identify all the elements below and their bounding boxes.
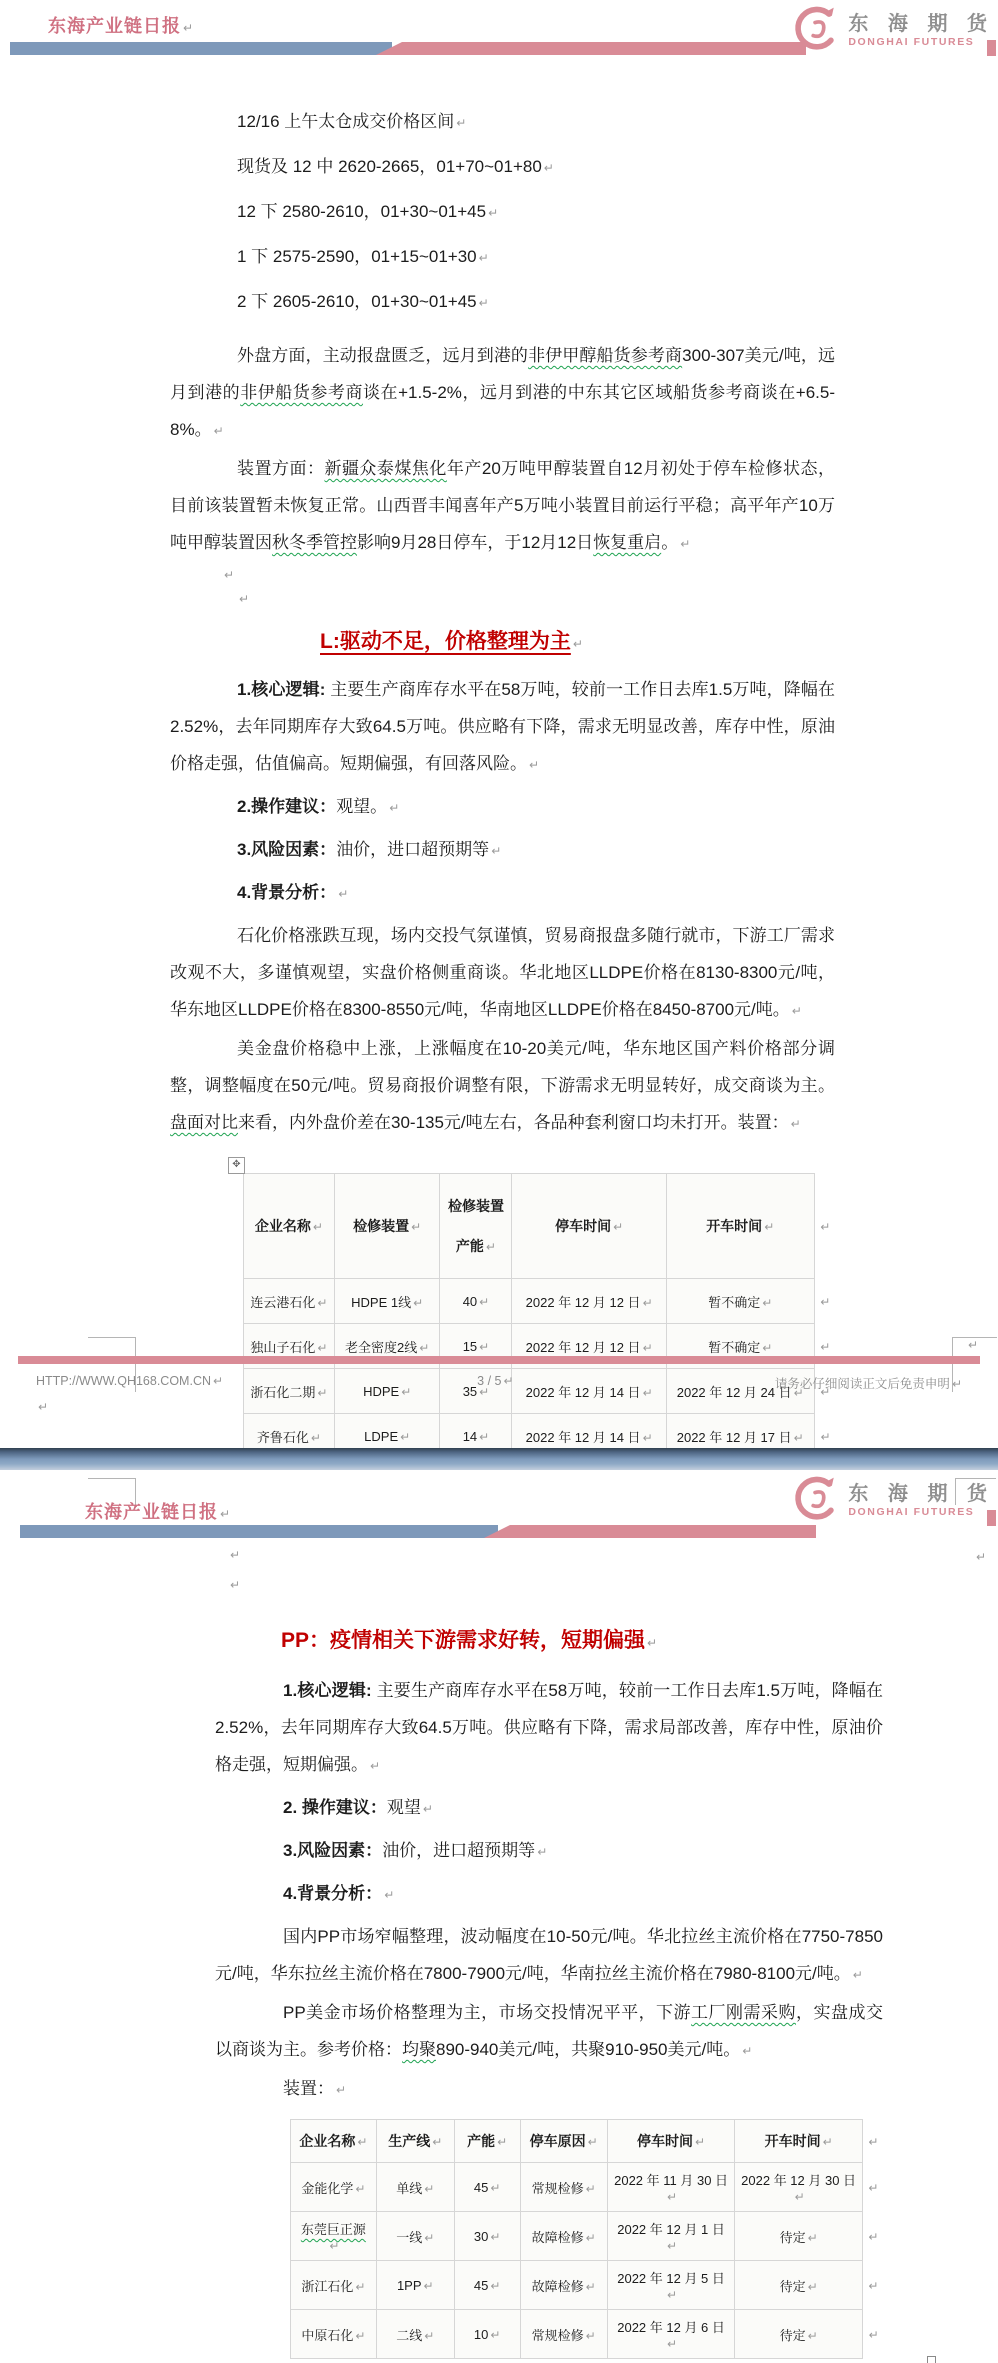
table-resize-handle[interactable] [927, 2356, 936, 2363]
paragraph-mark-icon: ↵ [490, 2230, 500, 2244]
cell-text: 45 [474, 2278, 488, 2293]
paragraph-mark-icon: ↵ [355, 2280, 365, 2294]
paragraph-mark-icon: ↵ [329, 2239, 339, 2253]
paragraph-mark-icon: ↵ [794, 1431, 804, 1445]
table-row: 连云港石化↵HDPE 1线↵40↵2022 年 12 月 12 日↵暂不确定↵↵ [244, 1279, 835, 1324]
paragraph-background: 4.背景分析：↵ [215, 1875, 883, 1914]
paragraph-mark-icon: ↵ [586, 2329, 596, 2343]
table-cell: 暂不确定↵ [666, 1279, 814, 1324]
table-cell: 单线↵ [376, 2163, 454, 2212]
text-segment: 观望 [387, 1798, 421, 1817]
cell-text: 2022 年 11 月 30 日 [614, 2173, 728, 2188]
cell-text: 停车时间 [637, 2133, 693, 2149]
paragraph-mark-icon: ↵ [823, 2135, 833, 2149]
paragraph-mark-icon: ↵ [762, 1296, 772, 1310]
cell-text: 故障检修 [532, 2230, 584, 2245]
text-segment: 装置： [283, 2079, 334, 2098]
document-viewport: 东海产业链日报↵ 东 海 期 货 DONGHAI FUTURES 12/16 上… [0, 0, 998, 2363]
cell-text: 二线 [396, 2328, 422, 2343]
paragraph-mark-icon: ↵ [667, 2190, 677, 2204]
dragon-logo-icon [788, 2, 844, 58]
cell-text: 一线 [396, 2230, 422, 2245]
page-footer: ↵ HTTP://WWW.QH168.COM.CN↵ 3 / 5↵ 请务必仔细阅… [0, 1356, 998, 1392]
paragraph-mark-icon: ↵ [537, 1845, 547, 1859]
table-row: 浙江石化↵1PP↵45↵故障检修↵2022 年 12 月 5 日↵待定↵↵ [291, 2261, 883, 2310]
cell-text: 开车时间 [765, 2133, 821, 2149]
table-cell: 待定↵ [735, 2261, 863, 2310]
paragraph-mark-icon: ↵ [224, 568, 234, 582]
paragraph-mark-icon: ↵ [317, 1341, 327, 1355]
text-segment: 1.核心逻辑: [283, 1681, 372, 1700]
paragraph-mark-icon: ↵ [808, 2231, 818, 2245]
paragraph-mark-icon: ↵ [384, 1888, 394, 1902]
cell-text: 东莞巨正源 [301, 2222, 366, 2237]
page4-text-column: ↵ ↵ PP：疫情相关下游需求好转，短期偏强↵ 1.核心逻辑: 主要生产商库存水… [215, 1540, 883, 2359]
paragraph-core-logic: 1.核心逻辑: 主要生产商库存水平在58万吨，较前一工作日去库1.5万吨，降幅在… [170, 671, 835, 784]
text-segment: 影响9月28日停车，于12月12日 [357, 533, 593, 552]
price-line: 2 下 2605-2610，01+30~01+45↵ [170, 280, 835, 325]
paragraph-mark-icon: ↵ [667, 2288, 677, 2302]
column-header-cell: 开车时间↵ [735, 2120, 863, 2163]
table-cell: 10↵ [454, 2310, 520, 2359]
cell-text: 金能化学 [301, 2181, 353, 2196]
table-cell: 待定↵ [735, 2310, 863, 2359]
header-bar-pink [484, 1525, 816, 1538]
paragraph-mark-icon: ↵ [488, 206, 498, 220]
cell-text: 2022 年 12 月 1 日 [617, 2222, 725, 2237]
page-number-text: 3 / 5 [477, 1374, 501, 1388]
pp-maintenance-table: 企业名称↵生产线↵产能↵停车原因↵停车时间↵开车时间↵↵金能化学↵单线↵45↵常… [290, 2119, 883, 2359]
row-end-mark: ↵ [862, 2310, 882, 2359]
text-segment: 观望。 [336, 797, 387, 816]
paragraph-mark-icon: ↵ [667, 2337, 677, 2351]
table-cell: 金能化学↵ [291, 2163, 377, 2212]
column-header-cell: 检修装置↵ [334, 1174, 440, 1279]
text-segment: 均聚 [402, 2040, 436, 2059]
column-header-cell: 企业名称↵ [244, 1174, 335, 1279]
cell-text: 连云港石化 [250, 1295, 315, 1310]
paragraph-mark-icon: ↵ [791, 1117, 801, 1131]
paragraph-mark-icon: ↵ [411, 1220, 421, 1234]
row-end-mark: ↵ [814, 1279, 834, 1324]
price-line-text: 12 下 2580-2610，01+30~01+45 [237, 202, 486, 221]
text-segment: 工厂刚需采购 [691, 2003, 796, 2022]
paragraph-mark-icon: ↵ [762, 1341, 772, 1355]
table-cell: 2022 年 12 月 5 日↵ [607, 2261, 735, 2310]
paragraph-mark-icon: ↵ [357, 2135, 367, 2149]
paragraph-mark-icon: ↵ [424, 2182, 434, 2196]
table-cell: 故障检修↵ [520, 2261, 607, 2310]
text-segment: 来看，内外盘价差在30-135元/吨左右，各品种套利窗口均未打开。装置： [238, 1113, 789, 1132]
paragraph-mark-icon: ↵ [529, 758, 539, 772]
paragraph-mark-icon: ↵ [643, 1431, 653, 1445]
text-segment: 4.背景分析： [283, 1884, 382, 1903]
paragraph-device-label: 装置：↵ [215, 2070, 883, 2109]
paragraph-mark-icon: ↵ [497, 2135, 507, 2149]
logo-cn-text: 东 海 期 货 [848, 1482, 994, 1506]
paragraph-risk: 3.风险因素：油价，进口超预期等↵ [170, 831, 835, 870]
cell-text: 检修装置 [353, 1218, 409, 1234]
paragraph-mark-icon: ↵ [647, 1636, 657, 1650]
page-header: 东海产业链日报↵ 东 海 期 货 DONGHAI FUTURES [0, 0, 998, 56]
text-segment: 3.风险因素： [283, 1841, 382, 1860]
cell-text: 暂不确定 [708, 1295, 760, 1310]
paragraph-advice: 2.操作建议：观望。↵ [170, 788, 835, 827]
cell-text: 单线 [396, 2181, 422, 2196]
paragraph-risk: 3.风险因素：油价，进口超预期等↵ [215, 1832, 883, 1871]
paragraph-mark-icon: ↵ [952, 1377, 962, 1391]
paragraph-pp-prices: 国内PP市场窄幅整理，波动幅度在10-50元/吨。华北拉丝主流价格在7750-7… [215, 1918, 883, 1994]
row-end-mark: ↵ [814, 1174, 834, 1279]
paragraph-mark-icon: ↵ [239, 592, 249, 606]
cell-text: 10 [474, 2327, 488, 2342]
text-segment: 1.核心逻辑: [237, 680, 325, 699]
paragraph-mark-icon: ↵ [586, 2231, 596, 2245]
header-bar-blue [10, 42, 392, 55]
cell-text: 故障检修 [532, 2279, 584, 2294]
cell-text: 中原石化 [301, 2328, 353, 2343]
paragraph-mark-icon: ↵ [573, 637, 583, 651]
paragraph-mark-icon: ↵ [667, 2239, 677, 2253]
paragraph-mark-icon: ↵ [586, 2182, 596, 2196]
paragraph-mark-icon: ↵ [808, 2280, 818, 2294]
table-cell: 故障检修↵ [520, 2212, 607, 2261]
paragraph-mark-icon: ↵ [479, 1430, 489, 1444]
cell-text: 常规检修 [532, 2181, 584, 2196]
row-end-mark: ↵ [862, 2120, 882, 2163]
table-cell: 2022 年 12 月 12 日↵ [512, 1279, 666, 1324]
table-cell: 常规检修↵ [520, 2310, 607, 2359]
cell-text: 2022 年 12 月 6 日 [617, 2320, 725, 2335]
cell-text: 开车时间 [706, 1218, 762, 1234]
cell-text: 老全密度2线 [345, 1340, 417, 1355]
page3-text-column: 12/16 上午太仓成交价格区间↵ 现货及 12 中 2620-2665，01+… [170, 100, 835, 1459]
column-header-cell: 开车时间↵ [666, 1174, 814, 1279]
table-cell: 连云港石化↵ [244, 1279, 335, 1324]
empty-line: ↵ [222, 563, 835, 587]
paragraph-mark-icon: ↵ [613, 1220, 623, 1234]
footer-url-text: HTTP://WWW.QH168.COM.CN [36, 1374, 211, 1388]
paragraph-mark-icon: ↵ [868, 2230, 878, 2244]
text-segment: PP美金市场价格整理为主，市场交投情况平平，下游 [283, 2003, 691, 2022]
paragraph-mark-icon: ↵ [680, 537, 690, 551]
cell-text: 暂不确定 [708, 1340, 760, 1355]
paragraph-mark-icon: ↵ [355, 2182, 365, 2196]
cell-text: HDPE 1线 [351, 1295, 411, 1310]
column-header-cell: 停车时间↵ [607, 2120, 735, 2163]
paragraph-mark-icon: ↵ [355, 2329, 365, 2343]
section-heading-l: L:驱动不足，价格整理为主↵ [320, 621, 835, 665]
table-cell: 常规检修↵ [520, 2163, 607, 2212]
cell-text: 待定 [780, 2328, 806, 2343]
paragraph-mark-icon: ↵ [183, 21, 194, 35]
paragraph-mark-icon: ↵ [821, 1430, 831, 1444]
paragraph-mark-icon: ↵ [424, 2231, 434, 2245]
paragraph-mark-icon: ↵ [424, 2279, 434, 2293]
text-segment: 油价，进口超预期等 [336, 840, 489, 859]
cell-text: 40 [463, 1294, 477, 1309]
paragraph-mark-icon: ↵ [490, 2181, 500, 2195]
paragraph-mark-icon: ↵ [820, 1295, 830, 1309]
paragraph-mark-icon: ↵ [213, 1374, 223, 1388]
paragraph-mark-icon: ↵ [479, 251, 489, 265]
price-line-text: 2 下 2605-2610，01+30~01+45 [237, 292, 477, 311]
cell-text: 停车时间 [555, 1218, 611, 1234]
empty-line: ↵ [228, 1570, 883, 1600]
paragraph-mark-icon: ↵ [432, 2135, 442, 2149]
paragraph-mark-icon: ↵ [479, 296, 489, 310]
paragraph-mark-icon: ↵ [868, 2135, 878, 2149]
page-header: 东海产业链日报↵ 东 海 期 货 DONGHAI FUTURES ↵ [0, 1470, 998, 1540]
paragraph-mark-icon: ↵ [853, 1968, 863, 1982]
empty-line: ↵ [228, 1540, 883, 1570]
report-title: 东海产业链日报↵ [85, 1498, 231, 1524]
table-cell: 40↵ [440, 1279, 512, 1324]
cell-text: 2022 年 12 月 14 日 [526, 1430, 641, 1445]
maintenance-table-wrapper: 企业名称↵生产线↵产能↵停车原因↵停车时间↵开车时间↵↵金能化学↵单线↵45↵常… [215, 2119, 883, 2359]
report-title-text: 东海产业链日报 [85, 1502, 218, 1522]
text-segment: 2. 操作建议： [283, 1798, 387, 1817]
paragraph-core-logic: 1.核心逻辑: 主要生产商库存水平在58万吨，较前一工作日去库1.5万吨，降幅在… [215, 1672, 883, 1785]
paragraph-zhuangzhi: 装置方面：新疆众泰煤焦化年产20万吨甲醇装置自12月初处于停车检修状态，目前该装… [170, 450, 835, 563]
cell-text: 2022 年 12 月 5 日 [617, 2271, 725, 2286]
paragraph-mark-icon: ↵ [214, 424, 224, 438]
paragraph-mark-icon: ↵ [336, 2083, 346, 2097]
table-move-handle-icon[interactable]: ✥ [228, 1157, 245, 1174]
table-cell: 1PP↵ [376, 2261, 454, 2310]
cell-text: 常规检修 [532, 2328, 584, 2343]
cell-text: 企业名称 [255, 1218, 311, 1234]
dragon-logo-icon [788, 1472, 844, 1528]
paragraph-mark-icon: ↵ [419, 1341, 429, 1355]
paragraph-mark-icon: ↵ [544, 161, 554, 175]
cell-text: 30 [474, 2229, 488, 2244]
paragraph-advice: 2. 操作建议：观望↵ [215, 1789, 883, 1828]
cell-text: 企业名称 [299, 2133, 355, 2149]
cell-text: 14 [463, 1429, 477, 1444]
text-segment: 890-940美元/吨，共聚910-950美元/吨。 [436, 2040, 740, 2059]
cell-text: 浙江石化 [301, 2279, 353, 2294]
column-header-cell: 产能↵ [454, 2120, 520, 2163]
column-header-cell: 生产线↵ [376, 2120, 454, 2163]
paragraph-mark-icon: ↵ [400, 1430, 410, 1444]
paragraph-mark-icon: ↵ [230, 1548, 240, 1562]
text-segment: 恢复重启 [593, 533, 661, 552]
price-line: 现货及 12 中 2620-2665，01+70~01+80↵ [170, 145, 835, 190]
text-segment: 非伊船货参考商 [240, 383, 363, 402]
price-line-text: 1 下 2575-2590，01+15~01+30 [237, 247, 477, 266]
paragraph-mark-icon: ↵ [490, 2328, 500, 2342]
column-header-cell: 检修装置产能↵ [440, 1174, 512, 1279]
cell-text: 2022 年 12 月 17 日 [677, 1430, 792, 1445]
paragraph-mark-icon: ↵ [792, 1004, 802, 1018]
footer-bar [18, 1356, 980, 1364]
paragraph-mark-icon: ↵ [868, 2181, 878, 2195]
table-header-row: 企业名称↵检修装置↵检修装置产能↵停车时间↵开车时间↵↵ [244, 1174, 835, 1279]
paragraph-mark-icon: ↵ [311, 1431, 321, 1445]
paragraph-mark-icon: ↵ [795, 2190, 805, 2204]
cell-text: 独山子石化 [250, 1340, 315, 1355]
table-cell: 45↵ [454, 2163, 520, 2212]
text-segment: 美金盘价格稳中上涨，上涨幅度在10-20美元/吨，华东地区国产料价格部分调整，调… [170, 1039, 835, 1095]
cell-text: 生产线 [388, 2133, 430, 2149]
paragraph-mark-icon: ↵ [389, 801, 399, 815]
table-cell: 2022 年 12 月 6 日↵ [607, 2310, 735, 2359]
paragraph-mark-icon: ↵ [317, 1296, 327, 1310]
section-heading-text: L:驱动不足，价格整理为主 [320, 630, 571, 653]
logo-en-text: DONGHAI FUTURES [848, 36, 994, 48]
text-segment: 装置方面： [237, 459, 324, 478]
table-cell: 东莞巨正源↵ [291, 2212, 377, 2261]
logo-square-accent [987, 1510, 996, 1526]
paragraph-mark-icon: ↵ [338, 887, 348, 901]
footer-disclaimer: 请务必仔细阅读正文后免责申明↵ [775, 1374, 962, 1392]
footer-url: HTTP://WWW.QH168.COM.CN↵ [36, 1374, 223, 1392]
column-header-cell: 停车原因↵ [520, 2120, 607, 2163]
row-end-mark: ↵ [862, 2212, 882, 2261]
paragraph-mark-icon: ↵ [869, 2328, 879, 2342]
report-title-text: 东海产业链日报 [48, 16, 181, 36]
text-segment: 非伊甲醇船货参考商 [528, 346, 682, 365]
cell-text: 待定 [780, 2279, 806, 2294]
paragraph-mark-icon: ↵ [820, 1340, 830, 1354]
paragraph-mark-icon: ↵ [968, 1338, 978, 1352]
paragraph-mark-icon: ↵ [643, 1341, 653, 1355]
table-cell: 一线↵ [376, 2212, 454, 2261]
cell-text: 2022 年 12 月 30 日 [741, 2173, 856, 2188]
text-segment: 2.操作建议： [237, 797, 336, 816]
cell-text: LDPE [364, 1429, 398, 1444]
table-cell: 2022 年 12 月 30 日↵ [735, 2163, 863, 2212]
row-end-mark: ↵ [862, 2261, 882, 2310]
logo-en-text: DONGHAI FUTURES [848, 1506, 994, 1518]
section-heading-text: PP：疫情相关下游需求好转，短期偏强 [281, 1629, 645, 1652]
text-segment: 外盘方面，主动报盘匮乏，远月到港的 [237, 346, 528, 365]
paragraph-mark-icon: ↵ [764, 1220, 774, 1234]
table-cell: 中原石化↵ [291, 2310, 377, 2359]
page-gap-separator [0, 1448, 998, 1470]
paragraph-mark-icon: ↵ [486, 1240, 496, 1254]
paragraph-mark-icon: ↵ [456, 116, 466, 130]
paragraph-mark-icon: ↵ [479, 1295, 489, 1309]
table-row: 中原石化↵二线↵10↵常规检修↵2022 年 12 月 6 日↵待定↵↵ [291, 2310, 883, 2359]
paragraph-waipan: 外盘方面，主动报盘匮乏，远月到港的非伊甲醇船货参考商300-307美元/吨，远月… [170, 337, 835, 450]
paragraph-mark-icon: ↵ [503, 1374, 513, 1388]
text-segment: 秋冬季管控 [272, 533, 357, 552]
table-cell: 2022 年 12 月 1 日↵ [607, 2212, 735, 2261]
paragraph-mark-icon: ↵ [808, 2329, 818, 2343]
paragraph-mark-icon: ↵ [313, 1220, 323, 1234]
paragraph-mark-icon: ↵ [491, 844, 501, 858]
footer-text-row: HTTP://WWW.QH168.COM.CN↵ 3 / 5↵ 请务必仔细阅读正… [36, 1374, 962, 1392]
cell-text: 45 [474, 2180, 488, 2195]
table-row: 东莞巨正源↵一线↵30↵故障检修↵2022 年 12 月 1 日↵待定↵↵ [291, 2212, 883, 2261]
paragraph-mark-icon: ↵ [479, 1340, 489, 1354]
report-title: 东海产业链日报↵ [48, 12, 194, 38]
table-cell: 30↵ [454, 2212, 520, 2261]
logo-text-block: 东 海 期 货 DONGHAI FUTURES [848, 12, 994, 48]
paragraph-mark-icon: ↵ [643, 1296, 653, 1310]
text-segment: 3.风险因素： [237, 840, 336, 859]
paragraph-mark-icon: ↵ [976, 1550, 986, 1564]
cell-text: 2022 年 12 月 12 日 [526, 1340, 641, 1355]
header-bar-blue [20, 1525, 498, 1538]
cell-text: 15 [463, 1339, 477, 1354]
table-cell: 2022 年 11 月 30 日↵ [607, 2163, 735, 2212]
text-segment: 新疆众泰煤焦化 [324, 459, 446, 478]
paragraph-usd-market: PP美金市场价格整理为主，市场交投情况平平，下游工厂刚需采购，实盘成交以商谈为主… [215, 1994, 883, 2070]
paragraph-mark-icon: ↵ [868, 2279, 878, 2293]
paragraph-mark-icon: ↵ [820, 1220, 830, 1234]
paragraph-mark-icon: ↵ [38, 1400, 48, 1414]
table-cell: 二线↵ [376, 2310, 454, 2359]
price-line: 12/16 上午太仓成交价格区间↵ [170, 100, 835, 145]
table-cell: 待定↵ [735, 2212, 863, 2261]
cell-text: 产能 [467, 2133, 495, 2149]
paragraph-lldpe-prices: 石化价格涨跌互现，场内交投气氛谨慎，贸易商报盘多随行就市，下游工厂需求改观不大，… [170, 917, 835, 1030]
logo-cn-text: 东 海 期 货 [848, 12, 994, 36]
paragraph-mark-icon: ↵ [423, 1802, 433, 1816]
paragraph-mark-icon: ↵ [742, 2044, 752, 2058]
text-segment: 油价，进口超预期等 [382, 1841, 535, 1860]
maintenance-table-wrapper: ✥ 企业名称↵检修装置↵检修装置产能↵停车时间↵开车时间↵↵连云港石化↵HDPE… [170, 1157, 835, 1459]
row-end-mark: ↵ [862, 2163, 882, 2212]
price-line-text: 现货及 12 中 2620-2665，01+70~01+80 [237, 157, 542, 176]
cell-text: 待定 [780, 2230, 806, 2245]
lldpe-maintenance-table: 企业名称↵检修装置↵检修装置产能↵停车时间↵开车时间↵↵连云港石化↵HDPE 1… [243, 1173, 835, 1459]
paragraph-usd-market: 美金盘价格稳中上涨，上涨幅度在10-20美元/吨，华东地区国产料价格部分调整，调… [170, 1030, 835, 1143]
table-row: 金能化学↵单线↵45↵常规检修↵2022 年 11 月 30 日↵2022 年 … [291, 2163, 883, 2212]
paragraph-mark-icon: ↵ [586, 2280, 596, 2294]
price-line: 1 下 2575-2590，01+15~01+30↵ [170, 235, 835, 280]
logo-text-block: 东 海 期 货 DONGHAI FUTURES [848, 1482, 994, 1518]
empty-line: ↵ [237, 587, 835, 611]
paragraph-mark-icon: ↵ [424, 2329, 434, 2343]
table-cell: 浙江石化↵ [291, 2261, 377, 2310]
logo-square-accent [987, 40, 996, 56]
report-page-4: 东海产业链日报↵ 东 海 期 货 DONGHAI FUTURES ↵ ↵ ↵ [0, 1470, 998, 2363]
price-line: 12 下 2580-2610，01+30~01+45↵ [170, 190, 835, 235]
section-heading-pp: PP：疫情相关下游需求好转，短期偏强↵ [281, 1620, 883, 1664]
paragraph-mark-icon: ↵ [413, 1296, 423, 1310]
cell-text: 停车原因 [530, 2133, 586, 2149]
table-cell: HDPE 1线↵ [334, 1279, 440, 1324]
disclaimer-text: 请务必仔细阅读正文后免责申明 [775, 1377, 950, 1391]
paragraph-mark-icon: ↵ [220, 1507, 231, 1521]
footer-page-number: 3 / 5↵ [477, 1374, 513, 1388]
text-segment: 石化价格涨跌互现，场内交投气氛谨慎，贸易商报盘多随行就市，下游工厂需求改观不大，… [170, 926, 835, 1019]
cell-text: 2022 年 12 月 12 日 [526, 1295, 641, 1310]
company-logo: 东 海 期 货 DONGHAI FUTURES [788, 1472, 994, 1528]
column-header-cell: 企业名称↵ [291, 2120, 377, 2163]
report-page-3: 东海产业链日报↵ 东 海 期 货 DONGHAI FUTURES 12/16 上… [0, 0, 998, 1448]
text-segment: 。 [661, 533, 678, 552]
cell-text: 齐鲁石化 [257, 1430, 309, 1445]
paragraph-mark-icon: ↵ [230, 1578, 240, 1592]
table-header-row: 企业名称↵生产线↵产能↵停车原因↵停车时间↵开车时间↵↵ [291, 2120, 883, 2163]
paragraph-mark-icon: ↵ [588, 2135, 598, 2149]
paragraph-mark-icon: ↵ [695, 2135, 705, 2149]
paragraph-background: 4.背景分析：↵ [170, 874, 835, 913]
text-segment: 盘面对比 [170, 1113, 238, 1132]
header-bar-pink [376, 42, 806, 55]
paragraph-mark-icon: ↵ [370, 1759, 380, 1773]
column-header-cell: 停车时间↵ [512, 1174, 666, 1279]
text-segment: 国内PP市场窄幅整理，波动幅度在10-50元/吨。华北拉丝主流价格在7750-7… [215, 1927, 883, 1983]
text-segment: 4.背景分析： [237, 883, 336, 902]
cell-text: 1PP [397, 2278, 422, 2293]
table-cell: 45↵ [454, 2261, 520, 2310]
